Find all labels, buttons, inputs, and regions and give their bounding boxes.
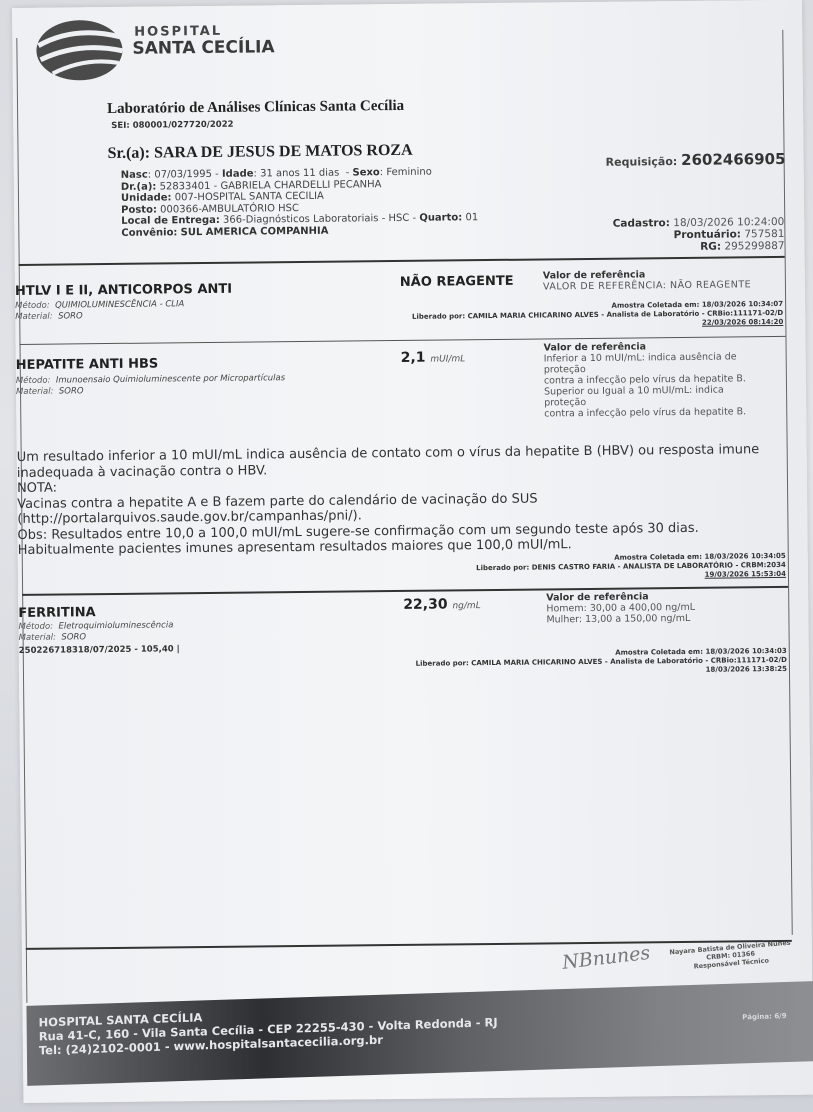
reference-values: Valor de referência VALOR DE REFERÊNCIA:… bbox=[543, 268, 751, 292]
footer-bar: HOSPITAL SANTA CECÍLIA Rua 41-C, 160 - V… bbox=[26, 981, 813, 1086]
exam-title: HTLV I E II, ANTICORPOS ANTI bbox=[15, 282, 232, 299]
registration-info: Cadastro: 18/03/2026 10:24:00 Prontuário… bbox=[613, 216, 785, 254]
reference-values: Valor de referência Inferior a 10 mUI/mL… bbox=[544, 340, 747, 419]
footer-info: HOSPITAL SANTA CECÍLIA Rua 41-C, 160 - V… bbox=[39, 1001, 498, 1057]
exam-method-material: Método: Eletroquimioluminescência Materi… bbox=[18, 620, 173, 644]
signature: NBnunes bbox=[561, 942, 651, 974]
exam-title: FERRITINA bbox=[18, 605, 95, 621]
exam-notes: Um resultado inferior a 10 mUI/mL indica… bbox=[17, 442, 798, 559]
hospital-logo-icon bbox=[34, 19, 125, 82]
exam-method-material: Método: Imunoensaio Quimioluminescente p… bbox=[16, 373, 285, 398]
exam-result: 22,30 ng/mL bbox=[403, 596, 481, 613]
exam-title: HEPATITE ANTI HBS bbox=[16, 356, 159, 372]
record-number: 757581 bbox=[744, 228, 784, 240]
age: 31 anos 11 dias bbox=[260, 168, 339, 180]
lab-report-page: HOSPITAL SANTA CECÍLIA Laboratório de An… bbox=[12, 0, 813, 1103]
sex: Feminino bbox=[386, 167, 432, 178]
requisition-number: 2602466905 bbox=[681, 150, 786, 169]
insurance-line: Convênio: SUL AMERICA COMPANHIA bbox=[121, 224, 478, 239]
responsible-technician: Nayara Batista de Oliveira Nunes CRBM: 0… bbox=[669, 939, 792, 973]
previous-result: 250226718318/07/2025 - 105,40 | bbox=[19, 644, 180, 656]
release-info: Amostra Coletada em: 18/03/2026 10:34:03… bbox=[416, 647, 788, 678]
requisition: Requisição: 2602466905 bbox=[606, 150, 786, 170]
release-info: Amostra Coletada em: 18/03/2026 10:34:07… bbox=[412, 300, 784, 331]
lab-sei: SEI: 080001/027720/2022 bbox=[111, 120, 233, 131]
exam-result: 2,1 mUI/mL bbox=[401, 349, 466, 366]
exam-result: NÃO REAGENTE bbox=[400, 274, 514, 290]
rg-number: 295299887 bbox=[724, 240, 784, 253]
birth-date: 07/03/1995 bbox=[154, 169, 212, 181]
exam-ferritina: FERRITINA Método: Eletroquimioluminescên… bbox=[12, 0, 802, 8]
page-number: Página: 6/9 bbox=[742, 1012, 786, 1021]
release-info: Amostra Coletada em: 18/03/2026 10:34:05… bbox=[476, 552, 786, 582]
lab-name: Laboratório de Análises Clínicas Santa C… bbox=[107, 98, 404, 118]
reference-values: Valor de referência Homem: 30,00 a 400,0… bbox=[546, 591, 695, 626]
patient-name: Sr.(a): SARA DE JESUS DE MATOS ROZA bbox=[107, 142, 412, 163]
exam-method-material: Método: QUIMIOLUMINESCÊNCIA - CLIA Mater… bbox=[15, 299, 184, 323]
exam-htlv: HTLV I E II, ANTICORPOS ANTI Método: QUI… bbox=[12, 0, 802, 8]
divider bbox=[19, 256, 785, 266]
brand-name: SANTA CECÍLIA bbox=[132, 37, 274, 58]
exam-hepatite-anti-hbs: HEPATITE ANTI HBS Método: Imunoensaio Qu… bbox=[12, 0, 802, 8]
patient-info: Nasc: 07/03/1995 - Idade: 31 anos 11 dia… bbox=[121, 166, 479, 239]
